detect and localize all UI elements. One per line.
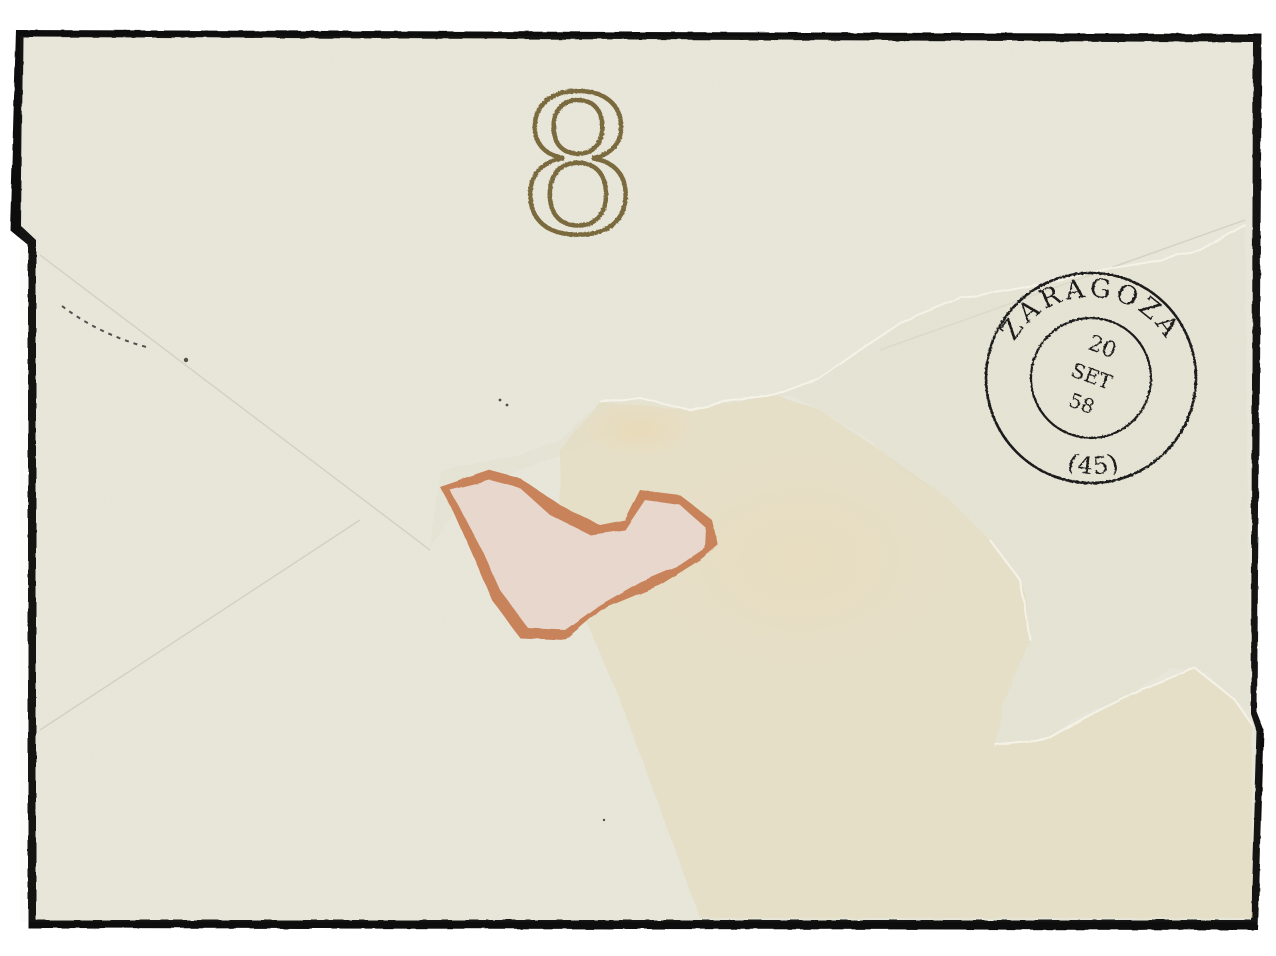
envelope-photo: 8 ZARAGOZA (45) 20 SET 58 [0,0,1276,956]
envelope-svg: 8 ZARAGOZA (45) 20 SET 58 [0,0,1276,956]
stain [580,400,700,460]
manuscript-mark-8: 8 [518,56,639,277]
svg-text:8: 8 [518,56,639,277]
